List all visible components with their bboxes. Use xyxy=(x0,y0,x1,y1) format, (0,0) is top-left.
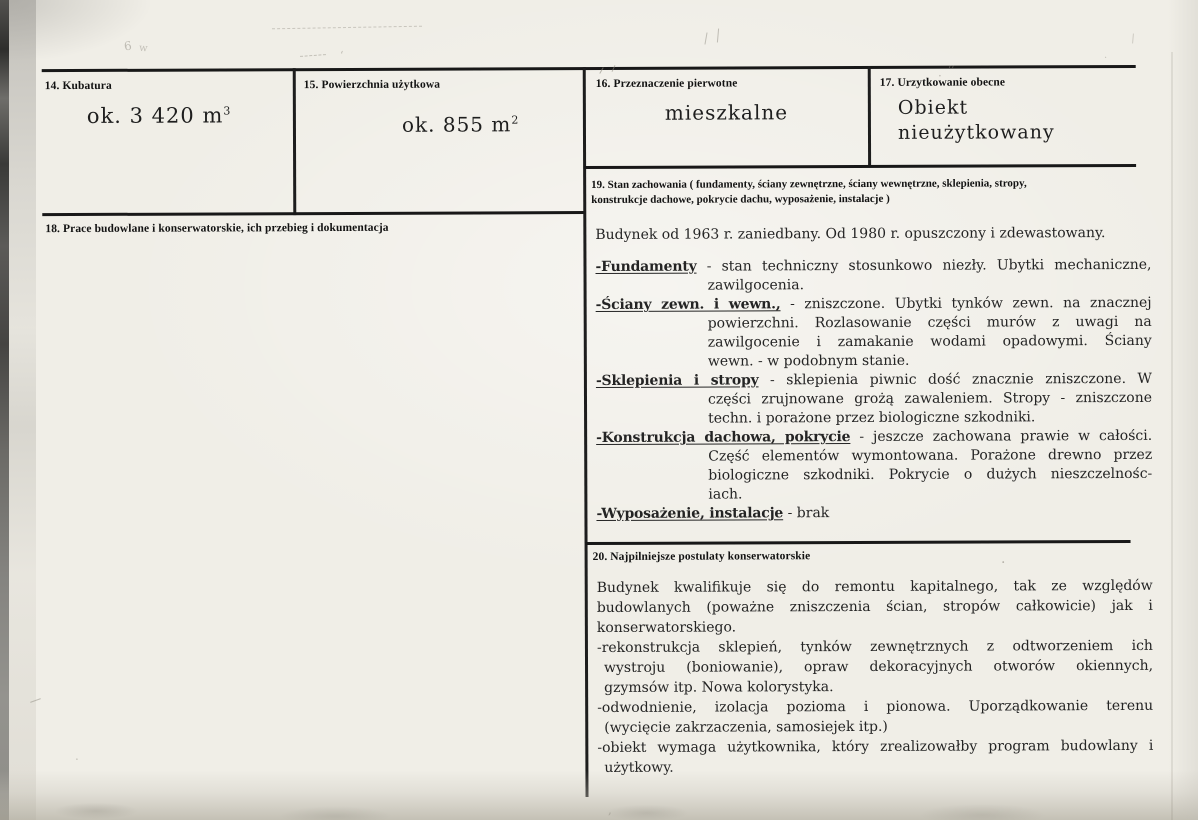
pencil-mark xyxy=(704,33,707,45)
pencil-mark: . xyxy=(75,750,79,762)
pencil-mark xyxy=(612,65,616,72)
pencil-mark: · xyxy=(1104,54,1107,64)
scanned-form-page: 14. Kubatura ok. 3 420 m3 15. Powierzchn… xyxy=(0,0,1198,820)
pencil-mark xyxy=(717,28,719,42)
pencil-mark xyxy=(599,67,603,74)
pencil-mark xyxy=(1132,33,1134,43)
pencil-mark: · xyxy=(938,70,942,82)
pencil-mark: , xyxy=(608,804,612,816)
pencil-mark: 6 xyxy=(123,40,132,53)
pencil-mark: w xyxy=(139,44,148,55)
pencil-mark: o xyxy=(853,586,858,595)
pencil-mark xyxy=(30,698,41,703)
pencil-mark xyxy=(272,26,422,30)
pencil-mark xyxy=(300,54,326,57)
pencil-mark: · xyxy=(1001,556,1005,570)
pencil-marks-layer: 6wʻ·ʻʻ·o.,· xyxy=(0,0,1198,820)
pencil-mark: ʻʻ xyxy=(948,66,954,76)
pencil-mark: ʻ xyxy=(340,50,344,61)
